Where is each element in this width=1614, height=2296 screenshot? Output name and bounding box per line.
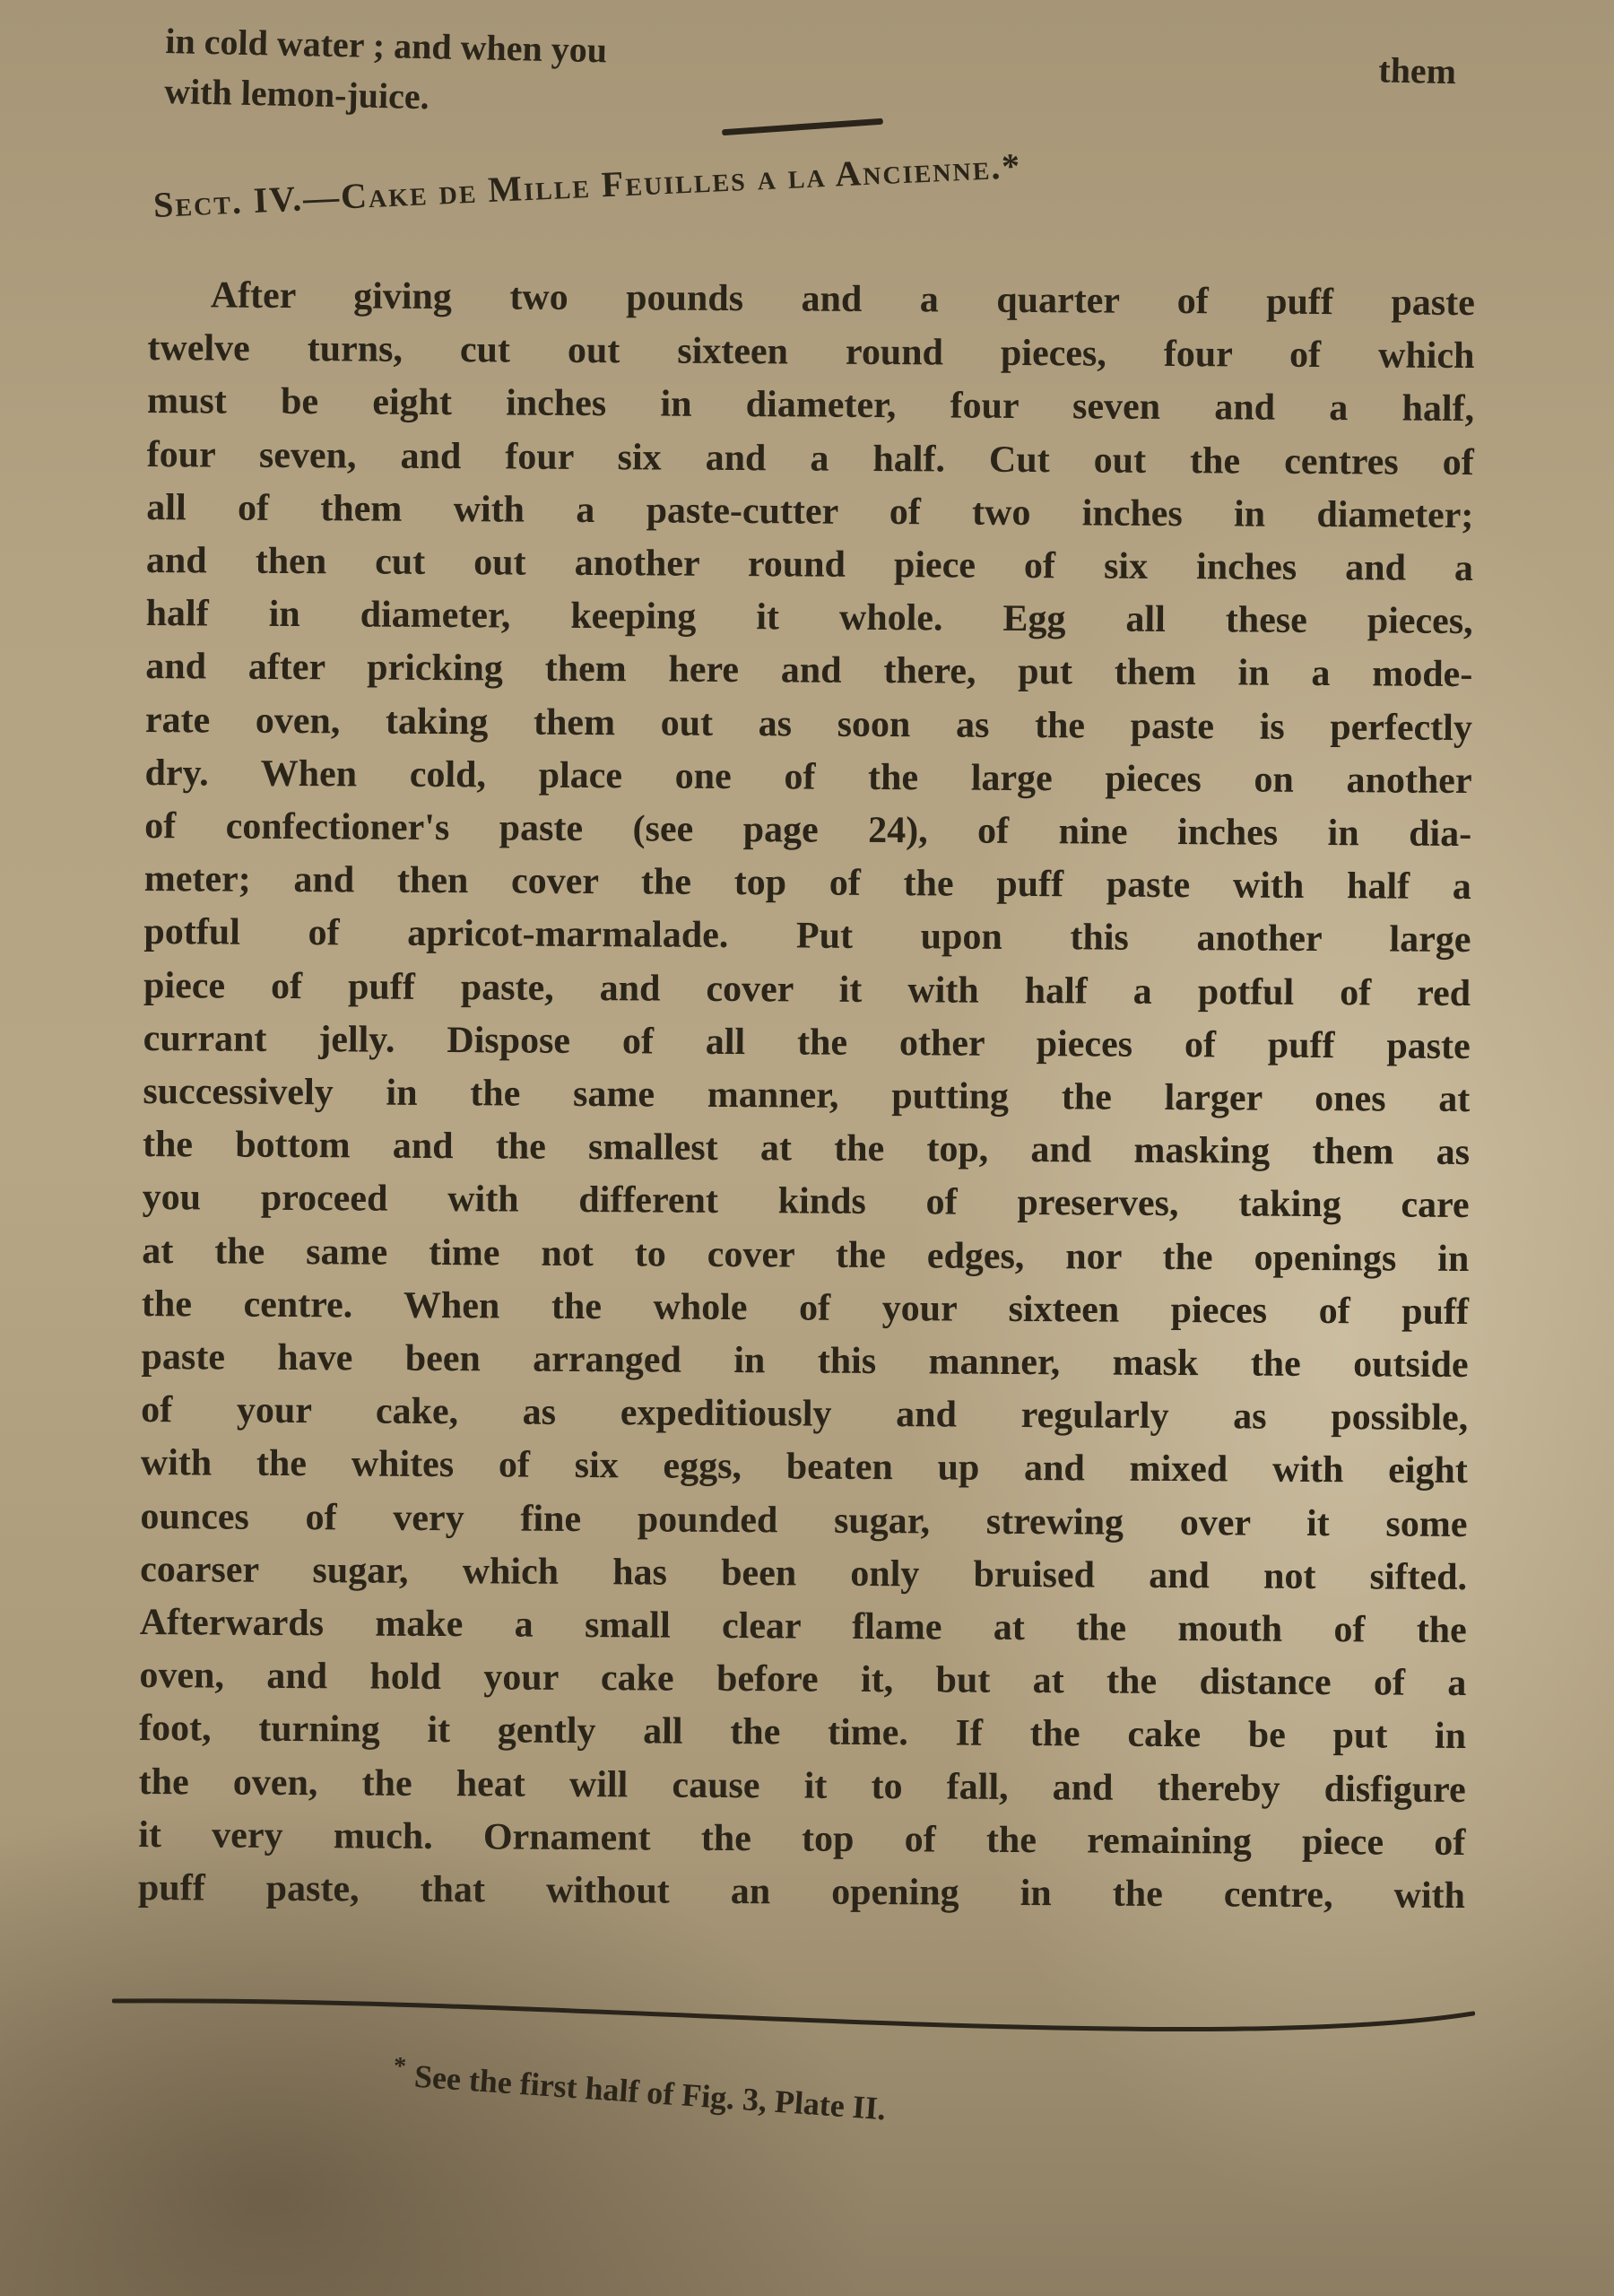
text-line: the oven, the heat will cause it to fall…: [139, 1756, 1466, 1817]
text-line: potful of apricot-marmalade. Put upon th…: [143, 906, 1471, 967]
recipe-body: After giving two pounds and a quarter of…: [138, 269, 1475, 1923]
text-line: all of them with a paste-cutter of two i…: [146, 482, 1473, 543]
text-line: and after pricking them here and there, …: [145, 640, 1472, 701]
text-line: must be eight inches in diameter, four s…: [147, 375, 1474, 436]
text-line: with the whites of six eggs, beaten up a…: [141, 1437, 1468, 1498]
text-line: successively in the same manner, putting…: [143, 1065, 1470, 1126]
text-line: rate oven, taking them out as soon as th…: [145, 694, 1472, 755]
text-line: four seven, and four six and a half. Cut…: [147, 429, 1474, 490]
text-line: the centre. When the whole of your sixte…: [142, 1278, 1469, 1339]
text-line: After giving two pounds and a quarter of…: [148, 269, 1475, 330]
text-line: oven, and hold your cake before it, but …: [139, 1649, 1466, 1710]
text-line: of your cake, as expeditiously and regul…: [141, 1384, 1468, 1445]
text-line: paste have been arranged in this manner,…: [141, 1331, 1468, 1392]
text-line: Afterwards make a small clear flame at t…: [140, 1596, 1467, 1657]
text-line: dry. When cold, place one of the large p…: [144, 747, 1471, 808]
text-line: puff paste, that without an opening in t…: [138, 1862, 1465, 1923]
text-line: you proceed with different kinds of pres…: [142, 1171, 1469, 1232]
footnote: *See the first half of Fig. 3, Plate II.: [392, 2052, 888, 2127]
text-line: of confectioner's paste (see page 24), o…: [144, 800, 1471, 861]
footnote-marker: *: [393, 2052, 407, 2081]
text-line: twelve turns, cut out sixteen round piec…: [147, 322, 1474, 383]
text-line: coarser sugar, which has been only bruis…: [140, 1544, 1467, 1605]
book-page: in cold water ; and when you with lemon-…: [0, 0, 1614, 2296]
text-line: piece of puff paste, and cover it with h…: [143, 960, 1471, 1021]
footnote-divider: [112, 1997, 1475, 2033]
text-line: at the same time not to cover the edges,…: [142, 1225, 1469, 1286]
text-line: half in diameter, keeping it whole. Egg …: [145, 587, 1472, 648]
text-line: and then cut out another round piece of …: [146, 535, 1473, 596]
text-line: currant jelly. Dispose of all the other …: [143, 1013, 1471, 1074]
footnote-text: See the first half of Fig. 3, Plate II.: [413, 2058, 887, 2127]
text-fragment: them: [1378, 45, 1457, 97]
text-line: foot, turning it gently all the time. If…: [139, 1702, 1466, 1763]
text-line: the bottom and the smallest at the top, …: [143, 1118, 1470, 1179]
text-line: meter; and then cover the top of the puf…: [144, 853, 1471, 914]
section-heading: Sect. IV.—Cake de Mille Feuilles a la An…: [152, 124, 1480, 226]
text-line: ounces of very fine pounded sugar, strew…: [140, 1491, 1467, 1552]
text-line: it very much. Ornament the top of the re…: [138, 1809, 1465, 1870]
